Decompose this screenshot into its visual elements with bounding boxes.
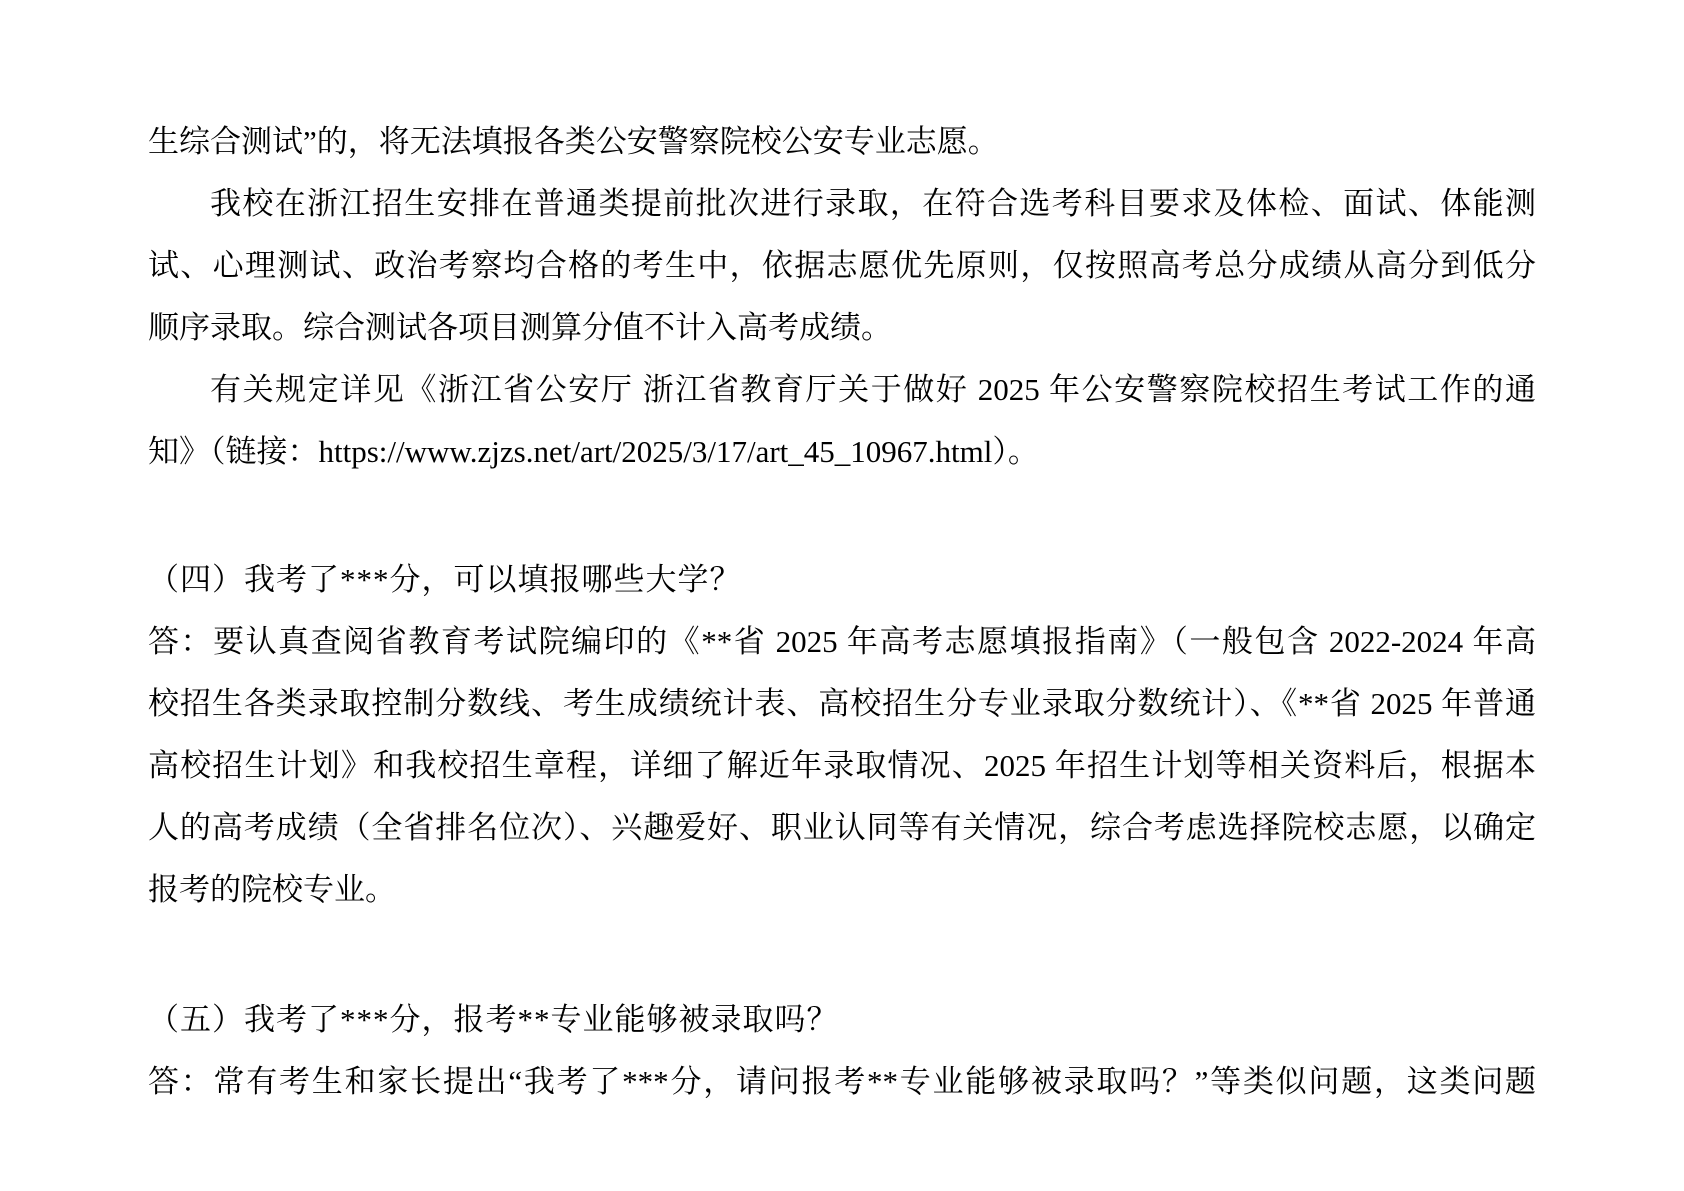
admission-paragraph-line-2: 试、心理测试、政治考察均合格的考生中，依据志愿优先原则，仅按照高考总分成绩从高分… bbox=[148, 235, 1536, 297]
question-4-heading: （四）我考了***分，可以填报哪些大学？ bbox=[148, 549, 1536, 611]
section-gap bbox=[148, 483, 1536, 549]
question-5-heading: （五）我考了***分，报考**专业能够被录取吗？ bbox=[148, 989, 1536, 1051]
question-4-answer-line-4: 人的高考成绩（全省排名位次）、兴趣爱好、职业认同等有关情况，综合考虑选择院校志愿… bbox=[148, 797, 1536, 859]
question-4-answer-line-1: 答：要认真查阅省教育考试院编印的《**省 2025 年高考志愿填报指南》（一般包… bbox=[148, 611, 1536, 673]
admission-paragraph-line-1: 我校在浙江招生安排在普通类提前批次进行录取，在符合选考科目要求及体检、面试、体能… bbox=[148, 173, 1536, 235]
regulation-paragraph-line-2: 知》（链接：https://www.zjzs.net/art/2025/3/17… bbox=[148, 421, 1536, 483]
document-page: 生综合测试”的，将无法填报各类公安警察院校公安专业志愿。 我校在浙江招生安排在普… bbox=[0, 0, 1684, 1191]
question-4-answer-line-5: 报考的院校专业。 bbox=[148, 859, 1536, 921]
question-4-answer-line-2: 校招生各类录取控制分数线、考生成绩统计表、高校招生分专业录取分数统计）、《**省… bbox=[148, 673, 1536, 735]
continuation-paragraph-line: 生综合测试”的，将无法填报各类公安警察院校公安专业志愿。 bbox=[148, 111, 1536, 173]
document-body: 生综合测试”的，将无法填报各类公安警察院校公安专业志愿。 我校在浙江招生安排在普… bbox=[148, 111, 1536, 1113]
regulation-paragraph-line-1: 有关规定详见《浙江省公安厅 浙江省教育厅关于做好 2025 年公安警察院校招生考… bbox=[148, 359, 1536, 421]
question-4-answer-line-3: 高校招生计划》和我校招生章程，详细了解近年录取情况、2025 年招生计划等相关资… bbox=[148, 735, 1536, 797]
admission-paragraph-line-3: 顺序录取。综合测试各项目测算分值不计入高考成绩。 bbox=[148, 297, 1536, 359]
section-gap bbox=[148, 921, 1536, 989]
question-5-answer-line-1: 答：常有考生和家长提出“我考了***分，请问报考**专业能够被录取吗？”等类似问… bbox=[148, 1051, 1536, 1113]
